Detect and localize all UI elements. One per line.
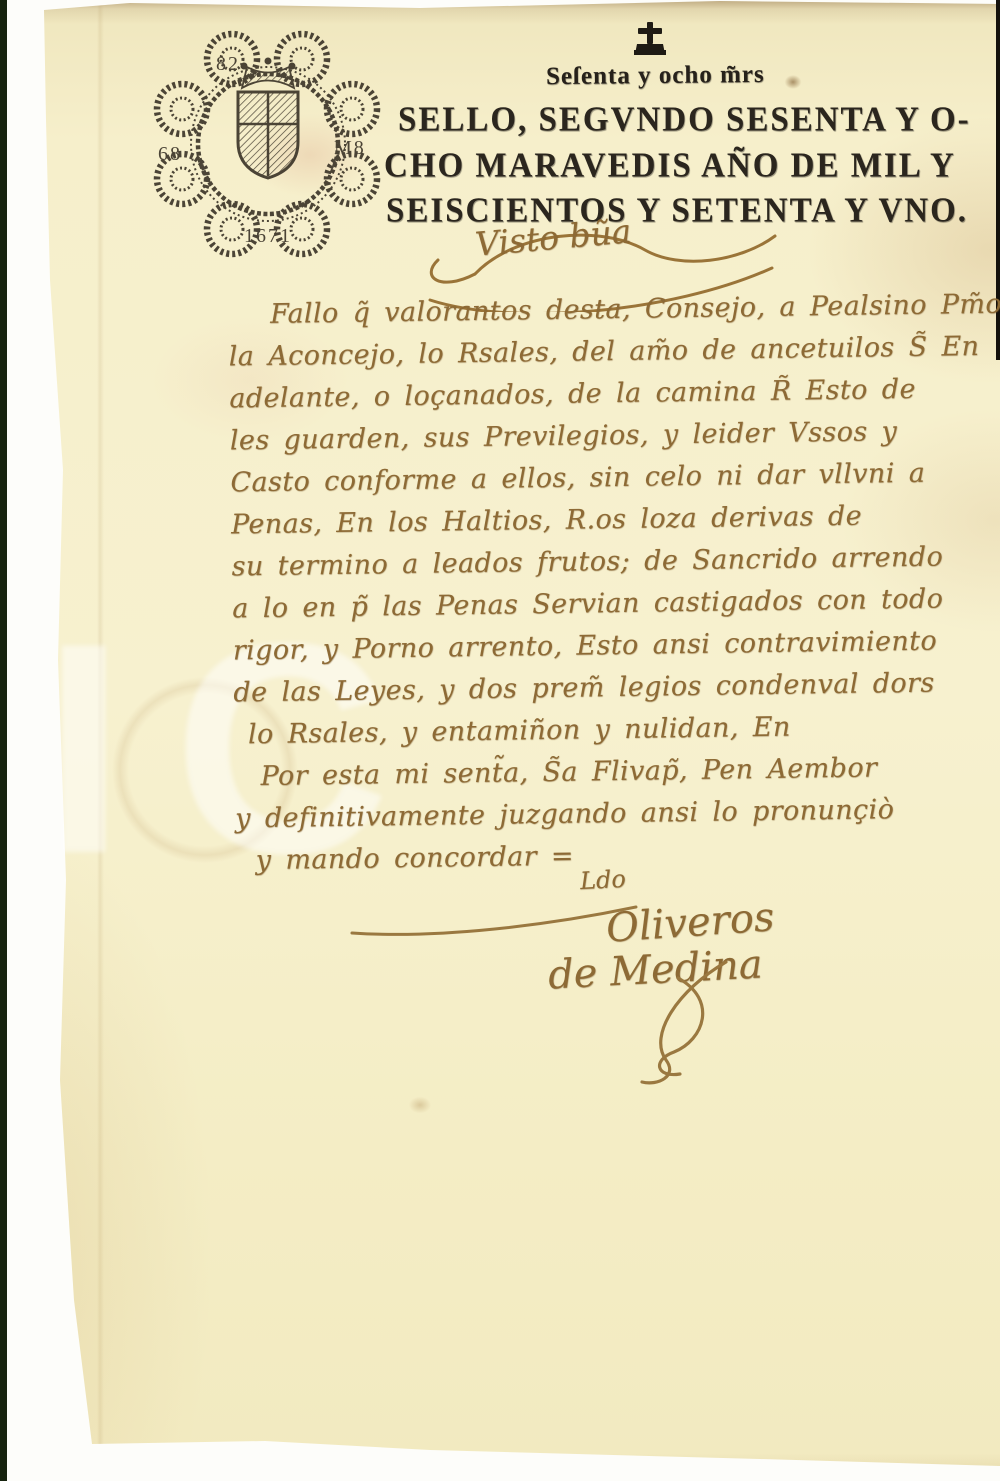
signature-flourish <box>608 960 758 1090</box>
stamp-text-line: CHO MARAVEDIS AÑO DE MIL Y <box>384 147 956 186</box>
seal-right-number: M8 <box>334 137 366 159</box>
stamp-text-line: SELLO, SEGVNDO SESENTA Y O- <box>398 101 971 140</box>
licenciado-abbrev: Ldo <box>579 865 626 895</box>
manuscript-body: Fallo q̃ valorantos desta, Consejo, a Pe… <box>228 289 1000 888</box>
signature-underline <box>350 895 640 940</box>
scanned-document: IC <box>0 0 1000 1481</box>
tax-amount-note: Seſenta y ocho m̃rs <box>546 61 765 91</box>
printers-cross-icon <box>633 20 667 58</box>
seal-left-number: 68 <box>158 143 182 165</box>
seal-top-number: 82 <box>216 53 240 75</box>
seal-year: 1671 <box>244 225 292 247</box>
fiscal-seal-stamp: 82 68 M8 1671 <box>142 26 394 266</box>
